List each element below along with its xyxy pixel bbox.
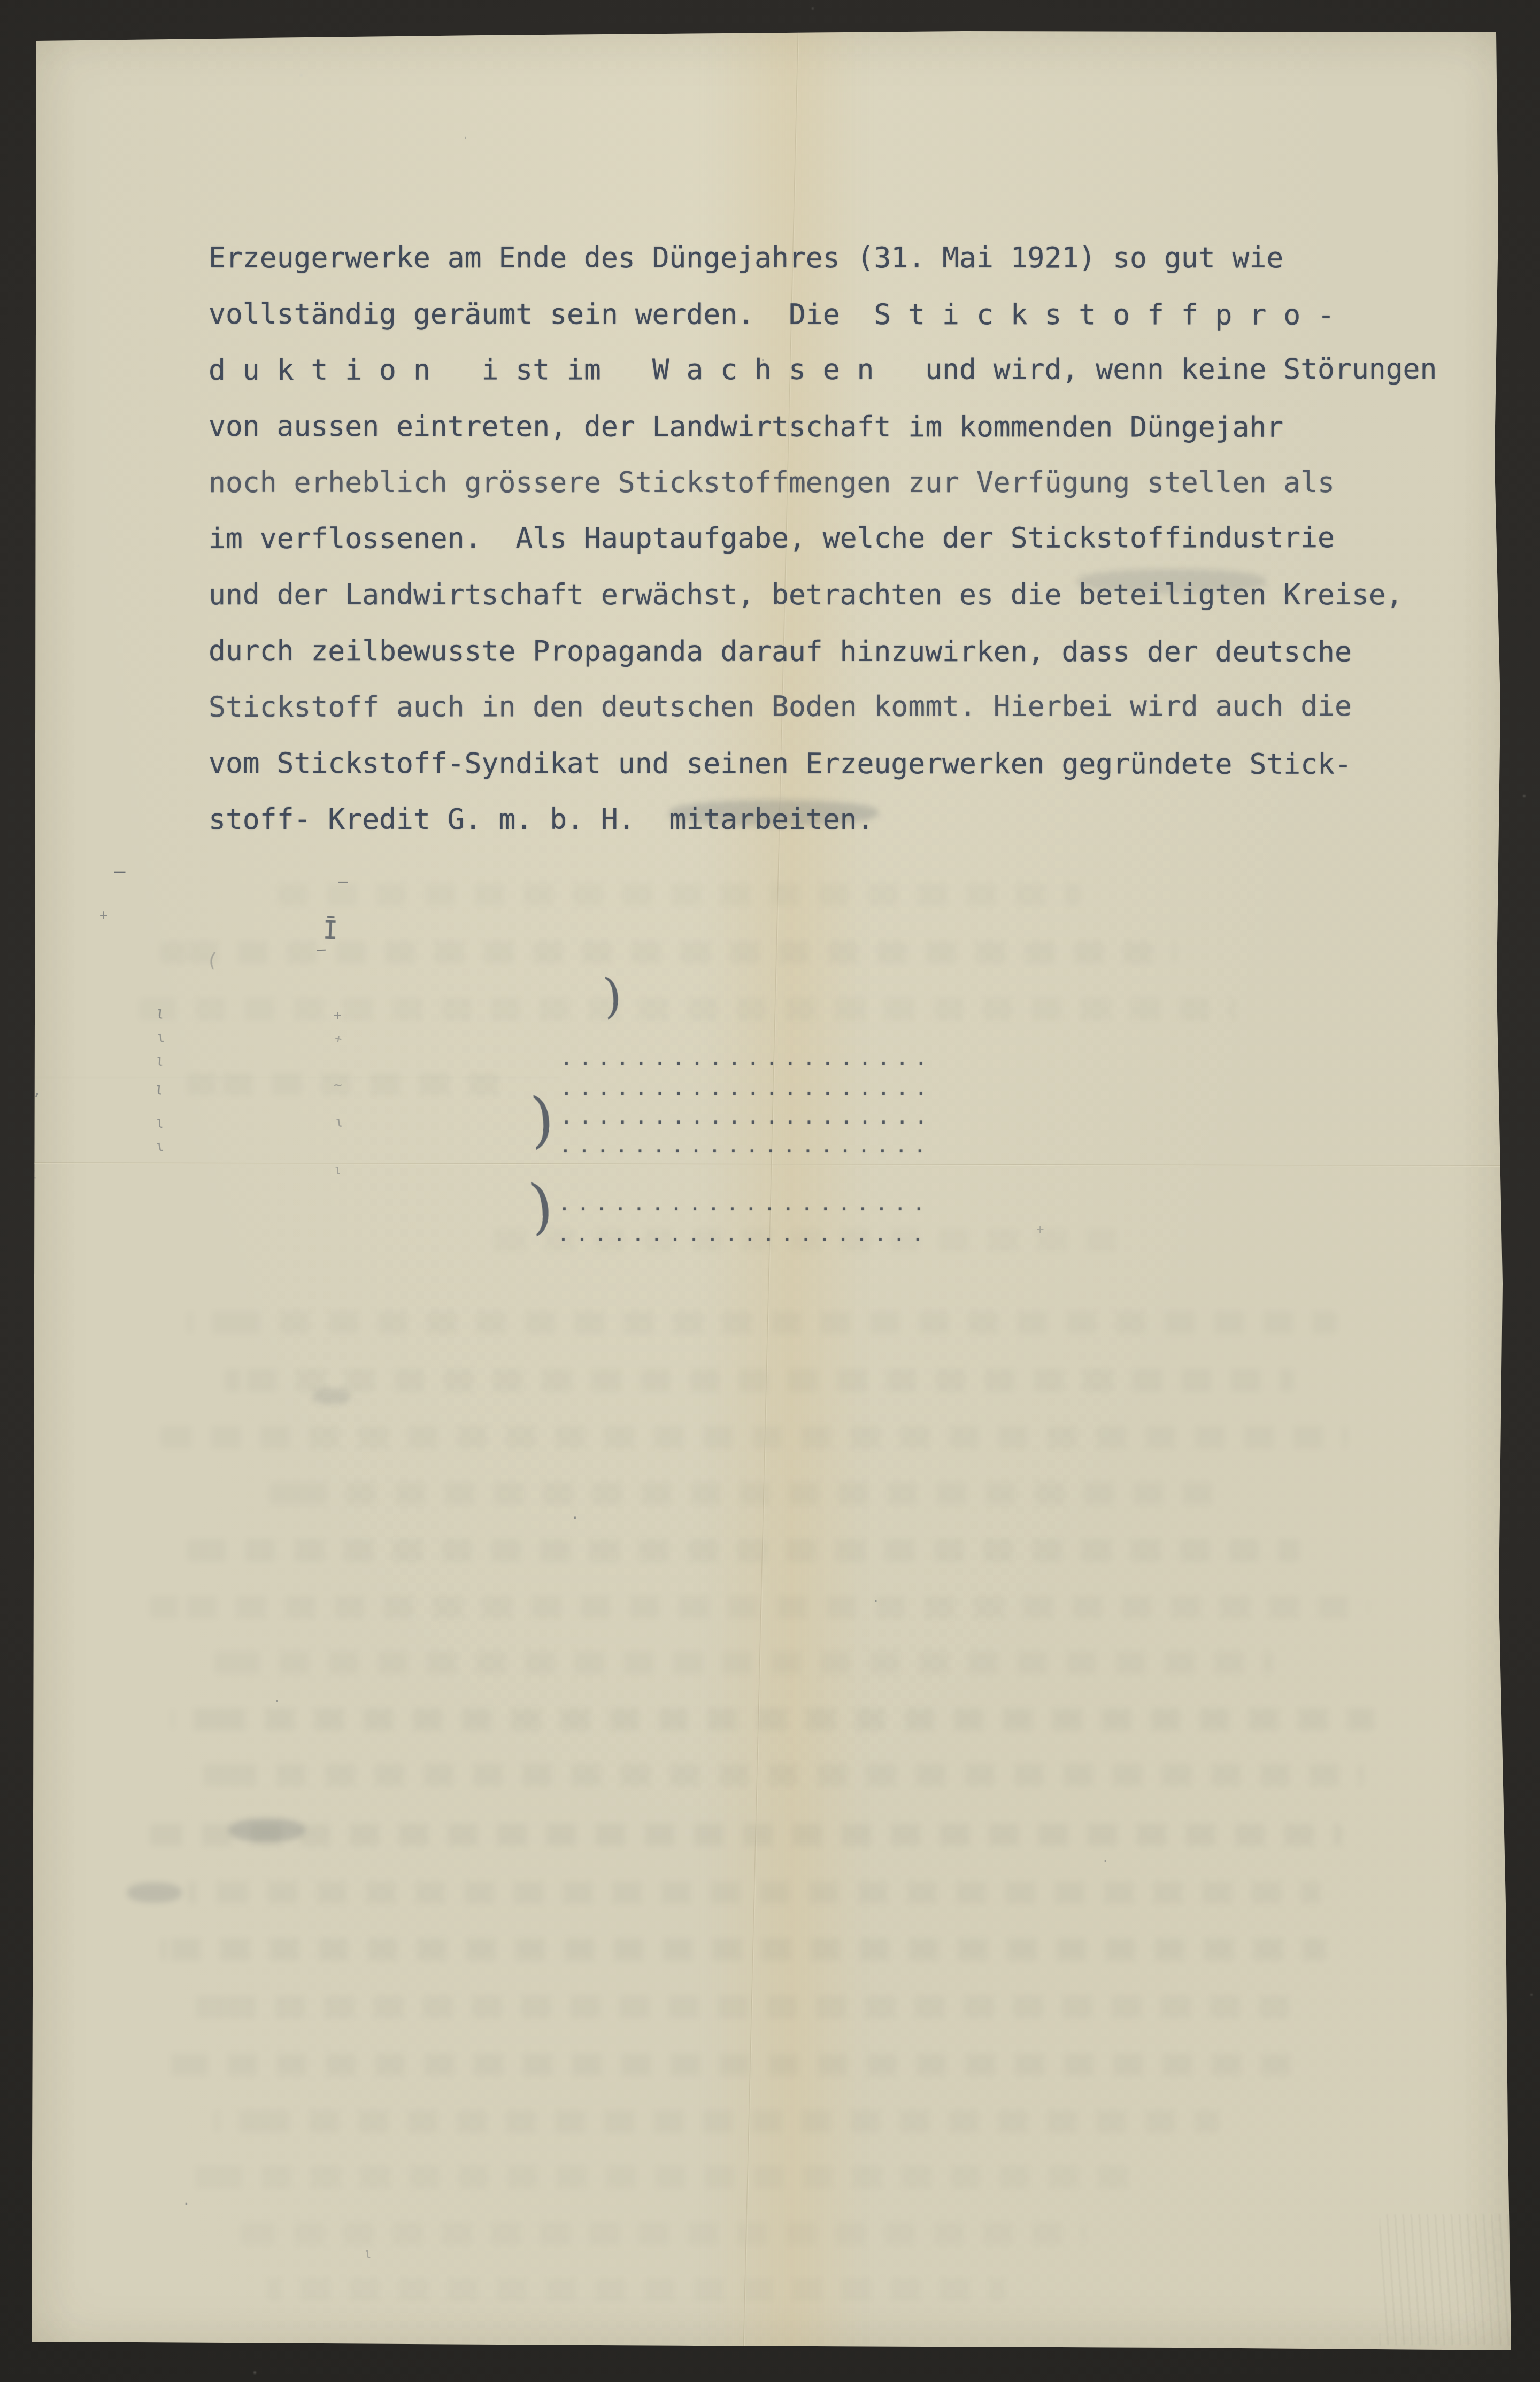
document-page: Erzeugerwerke am Ende des Düngejahres (3… [0, 0, 1540, 2382]
bleed-through-line [241, 2223, 1085, 2245]
stray-ink-mark: ( [205, 950, 219, 971]
bleed-through-line [187, 1996, 1299, 2018]
bleed-through-line [160, 1426, 1347, 1448]
bleed-through-line [267, 2278, 1005, 2301]
bleed-through-line [160, 1938, 1326, 1961]
stray-ink-mark: ι [364, 2247, 372, 2261]
dotted-fill-line: .................... [560, 1077, 934, 1098]
dotted-fill-line: .................... [560, 1047, 934, 1069]
stray-ink-mark: Ī [322, 918, 338, 943]
bleed-through-line [187, 1073, 519, 1095]
stray-ink-mark: · [1102, 1855, 1109, 1868]
typed-paragraph: Erzeugerwerke am Ende des Düngejahres (3… [209, 230, 1437, 848]
stray-ink-mark: · [872, 1595, 880, 1609]
stray-ink-mark: ι [155, 1053, 165, 1069]
bleed-through-line [214, 2110, 1219, 2133]
ink-smudge [229, 1818, 305, 1842]
stray-ink-mark: · [273, 1694, 281, 1708]
pencil-streaks [1380, 2214, 1513, 2345]
typed-line: d u k t i o n i st im W a c h s e n und … [209, 341, 1437, 398]
stray-ink-mark: + [1036, 1223, 1044, 1235]
bleed-through-line [150, 1596, 1369, 1618]
dotted-fill-line: .................... [558, 1193, 931, 1214]
bleed-through-line [225, 1369, 1294, 1392]
bleed-through-line [160, 2054, 1299, 2076]
bleed-through-line [203, 1764, 1364, 1786]
typed-line: vom Stickstoff-Syndikat und seinen Erzeu… [209, 735, 1437, 793]
dust-speck [253, 2371, 256, 2374]
typed-line: im verflossenen. Als Hauptaufgabe, welch… [209, 510, 1437, 567]
bleed-through-line [187, 1539, 1299, 1562]
bleed-through-line [187, 1311, 1337, 1334]
typed-line: von aussen eintreten, der Landwirtschaft… [209, 398, 1437, 456]
closing-paren-mark: ) [529, 1089, 556, 1150]
dust-speck [299, 74, 303, 77]
ink-smudge [669, 800, 879, 826]
stray-ink-mark: ~ [334, 1078, 342, 1092]
stray-ink-mark: ι [334, 1164, 341, 1177]
closing-paren-mark: ) [602, 972, 623, 1020]
typed-line: Erzeugerwerke am Ende des Düngejahres (3… [209, 230, 1437, 286]
dust-speck [77, 565, 80, 567]
stray-ink-mark: ι [334, 1115, 344, 1129]
bleed-through-line [187, 2166, 1139, 2188]
dust-speck [1287, 50, 1289, 53]
stray-ink-mark: + [334, 1009, 341, 1021]
dotted-fill-line: .................... [560, 1106, 934, 1127]
dotted-fill-line: .................... [557, 1223, 930, 1244]
typed-line: Stickstoff auch in den deutschen Boden k… [209, 678, 1437, 735]
dust-speck [1523, 795, 1526, 797]
stray-ink-mark: — [317, 942, 326, 958]
bleed-through-line [187, 1881, 1321, 1904]
stray-ink-mark: ‚ [32, 1082, 42, 1098]
stray-ink-mark: ι [28, 1165, 39, 1181]
typed-line: vollständig geräumt sein werden. Die S t… [209, 286, 1437, 343]
stray-ink-mark: – [114, 862, 125, 880]
dotted-fill-line: .................... [559, 1135, 933, 1156]
ink-smudge [312, 1388, 351, 1404]
typed-line: noch erheblich grössere Stickstoffmengen… [209, 455, 1437, 511]
bleed-through-line [267, 1482, 1230, 1505]
stray-ink-mark: · [759, 355, 766, 367]
bleed-through-line [160, 941, 1176, 964]
stray-ink-mark: ι [155, 1116, 164, 1131]
bleed-through-line [214, 1651, 1273, 1674]
bleed-through-line [171, 1708, 1374, 1731]
stray-ink-mark: + [99, 908, 108, 922]
scan-background: Erzeugerwerke am Ende des Düngejahres (3… [0, 0, 1540, 2382]
ink-smudge [1077, 569, 1266, 594]
ink-smudge [127, 1882, 182, 1903]
bleed-through-line [278, 883, 1080, 906]
dust-speck [1386, 250, 1388, 252]
bleed-through-line [150, 1824, 1342, 1846]
bleed-through-line [139, 998, 1235, 1020]
stray-ink-mark: – [338, 874, 348, 890]
stray-ink-mark: · [182, 2197, 191, 2212]
stray-ink-mark: · [570, 1510, 580, 1526]
stray-ink-mark: ‚ [27, 1228, 36, 1243]
dust-speck [1530, 1994, 1533, 1996]
stray-ink-mark: · [462, 133, 469, 144]
typed-line: durch zeilbewusste Propaganda darauf hin… [209, 623, 1437, 680]
dust-speck [812, 7, 814, 10]
stray-ink-mark: ι [156, 1029, 166, 1046]
